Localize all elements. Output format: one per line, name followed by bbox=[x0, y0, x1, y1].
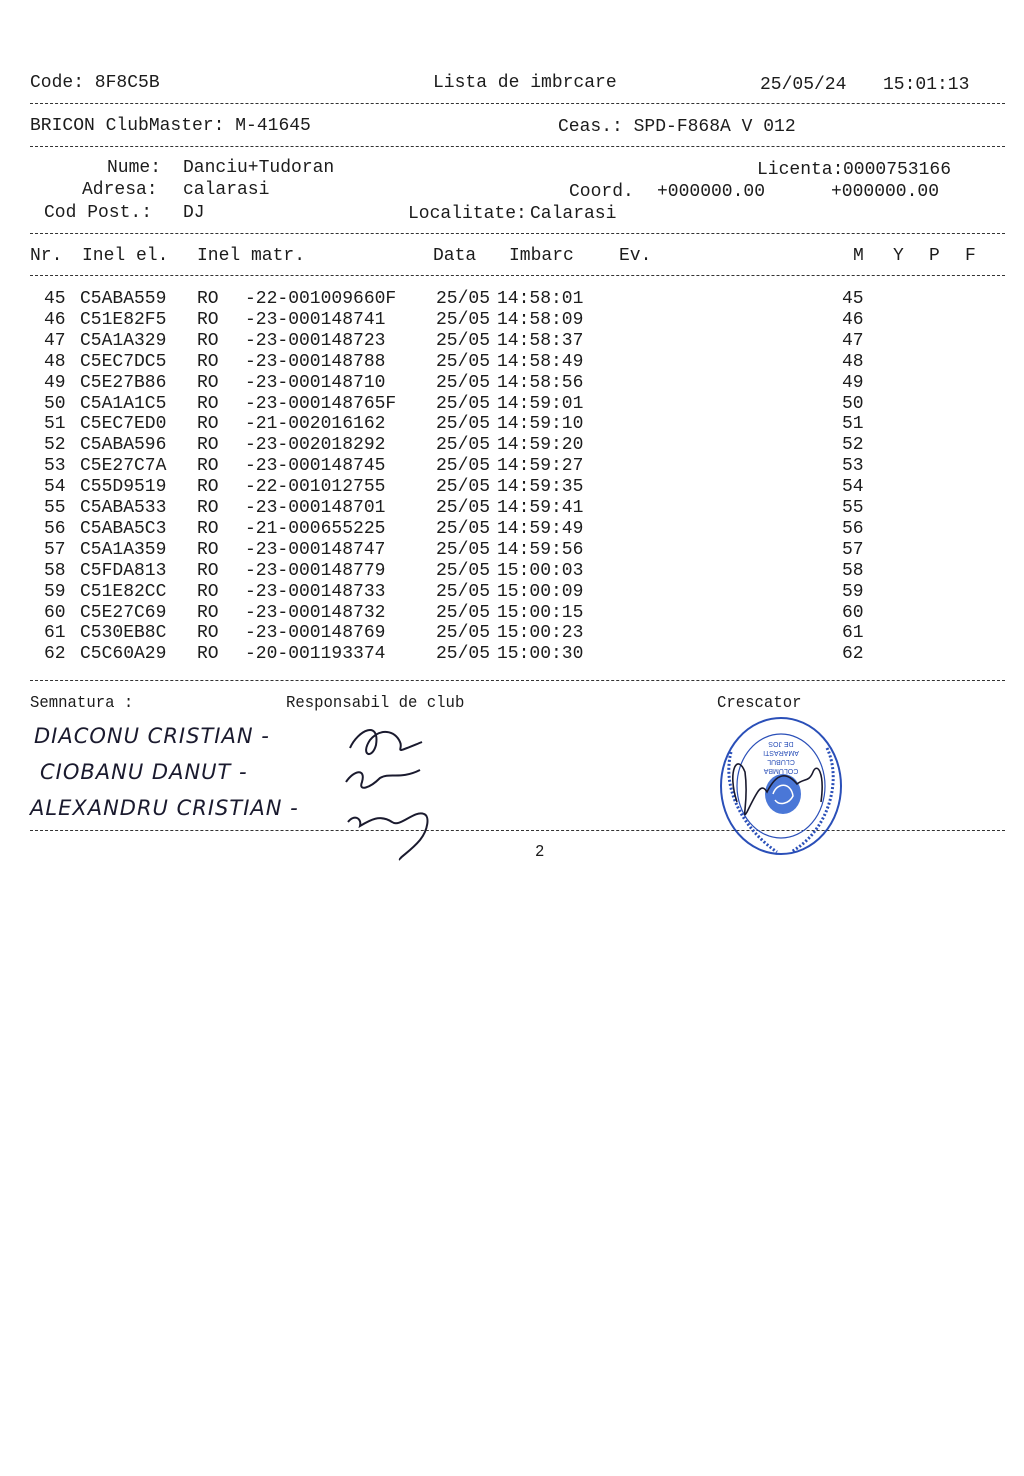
electronic-ring: C5E27B86 bbox=[80, 373, 166, 393]
electronic-ring: C5A1A329 bbox=[80, 331, 166, 351]
row-number: 61 bbox=[44, 623, 66, 643]
board-time: 14:58:37 bbox=[497, 331, 583, 351]
board-time: 14:59:56 bbox=[497, 540, 583, 560]
row-number: 48 bbox=[44, 352, 66, 372]
electronic-ring: C5C60A29 bbox=[80, 644, 166, 664]
svg-text:AMARASTI: AMARASTI bbox=[763, 749, 799, 756]
country-code: RO bbox=[197, 519, 219, 539]
col-y: Y bbox=[893, 246, 904, 266]
board-date: 25/05 bbox=[436, 310, 490, 330]
table-row: 46C51E82F5RO-23-00014874125/0514:58:0946 bbox=[0, 310, 1024, 331]
board-time: 15:00:15 bbox=[497, 603, 583, 623]
ring-number: -23-000148741 bbox=[245, 310, 385, 330]
row-number: 50 bbox=[44, 394, 66, 414]
document-title: Lista de imbrcare bbox=[433, 73, 617, 93]
electronic-ring: C5ABA559 bbox=[80, 289, 166, 309]
ring-number: -23-000148779 bbox=[245, 561, 385, 581]
m-value: 53 bbox=[842, 456, 864, 476]
name-label: Nume: bbox=[107, 158, 161, 178]
breeder-label: Crescator bbox=[717, 694, 801, 714]
ring-number: -23-000148745 bbox=[245, 456, 385, 476]
board-date: 25/05 bbox=[436, 331, 490, 351]
country-code: RO bbox=[197, 331, 219, 351]
m-value: 54 bbox=[842, 477, 864, 497]
col-data: Data bbox=[433, 246, 476, 266]
page-number: 2 bbox=[535, 843, 544, 863]
board-time: 15:00:09 bbox=[497, 582, 583, 602]
col-nr: Nr. bbox=[30, 246, 62, 266]
electronic-ring: C5ABA5C3 bbox=[80, 519, 166, 539]
board-date: 25/05 bbox=[436, 498, 490, 518]
board-date: 25/05 bbox=[436, 414, 490, 434]
col-ev: Ev. bbox=[619, 246, 651, 266]
board-time: 14:58:09 bbox=[497, 310, 583, 330]
table-row: 55C5ABA533RO-23-00014870125/0514:59:4155 bbox=[0, 498, 1024, 519]
row-number: 62 bbox=[44, 644, 66, 664]
table-row: 47C5A1A329RO-23-00014872325/0514:58:3747 bbox=[0, 331, 1024, 352]
col-imbarc: Imbarc bbox=[509, 246, 574, 266]
m-value: 48 bbox=[842, 352, 864, 372]
electronic-ring: C5A1A1C5 bbox=[80, 394, 166, 414]
ring-number: -22-001012755 bbox=[245, 477, 385, 497]
ring-number: -23-000148710 bbox=[245, 373, 385, 393]
board-date: 25/05 bbox=[436, 289, 490, 309]
country-code: RO bbox=[197, 582, 219, 602]
m-value: 56 bbox=[842, 519, 864, 539]
country-code: RO bbox=[197, 561, 219, 581]
electronic-ring: C5E27C69 bbox=[80, 603, 166, 623]
ring-number: -23-002018292 bbox=[245, 435, 385, 455]
electronic-ring: C5EC7ED0 bbox=[80, 414, 166, 434]
ring-number: -23-000148788 bbox=[245, 352, 385, 372]
electronic-ring: C51E82CC bbox=[80, 582, 166, 602]
electronic-ring: C55D9519 bbox=[80, 477, 166, 497]
board-time: 14:59:01 bbox=[497, 394, 583, 414]
country-code: RO bbox=[197, 477, 219, 497]
row-number: 47 bbox=[44, 331, 66, 351]
electronic-ring: C5EC7DC5 bbox=[80, 352, 166, 372]
board-time: 14:59:49 bbox=[497, 519, 583, 539]
country-code: RO bbox=[197, 414, 219, 434]
row-number: 57 bbox=[44, 540, 66, 560]
country-code: RO bbox=[197, 373, 219, 393]
row-number: 51 bbox=[44, 414, 66, 434]
owner-name: Danciu+Tudoran bbox=[183, 158, 334, 178]
svg-text:COLUMBA: COLUMBA bbox=[763, 767, 798, 774]
ring-number: -23-000148732 bbox=[245, 603, 385, 623]
license-value: 0000753166 bbox=[843, 160, 951, 180]
board-time: 14:59:10 bbox=[497, 414, 583, 434]
coord-label: Coord. bbox=[569, 182, 634, 202]
board-date: 25/05 bbox=[436, 582, 490, 602]
country-code: RO bbox=[197, 310, 219, 330]
m-value: 45 bbox=[842, 289, 864, 309]
col-p: P bbox=[929, 246, 940, 266]
board-date: 25/05 bbox=[436, 352, 490, 372]
m-value: 61 bbox=[842, 623, 864, 643]
country-code: RO bbox=[197, 498, 219, 518]
board-date: 25/05 bbox=[436, 519, 490, 539]
table-row: 45C5ABA559RO-22-001009660F25/0514:58:014… bbox=[0, 289, 1024, 310]
handwritten-signatory-3: ALEXANDRU CRISTIAN - bbox=[30, 796, 299, 820]
electronic-ring: C51E82F5 bbox=[80, 310, 166, 330]
board-time: 14:58:01 bbox=[497, 289, 583, 309]
row-number: 46 bbox=[44, 310, 66, 330]
table-row: 52C5ABA596RO-23-00201829225/0514:59:2052 bbox=[0, 435, 1024, 456]
table-row: 48C5EC7DC5RO-23-00014878825/0514:58:4948 bbox=[0, 352, 1024, 373]
row-number: 52 bbox=[44, 435, 66, 455]
table-header: Nr. Inel el. Inel matr. Data Imbarc Ev. … bbox=[0, 246, 1024, 267]
board-time: 14:59:27 bbox=[497, 456, 583, 476]
address-value: calarasi bbox=[183, 180, 269, 200]
divider bbox=[30, 233, 1005, 234]
divider bbox=[30, 103, 1005, 104]
handwritten-signatory-1: DIACONU CRISTIAN - bbox=[34, 724, 270, 748]
code-label: Code: 8F8C5B bbox=[30, 73, 160, 93]
board-date: 25/05 bbox=[436, 456, 490, 476]
country-code: RO bbox=[197, 289, 219, 309]
ring-number: -20-001193374 bbox=[245, 644, 385, 664]
m-value: 62 bbox=[842, 644, 864, 664]
board-time: 14:58:56 bbox=[497, 373, 583, 393]
postcode-value: DJ bbox=[183, 203, 205, 223]
board-date: 25/05 bbox=[436, 394, 490, 414]
board-date: 25/05 bbox=[436, 435, 490, 455]
col-f: F bbox=[965, 246, 976, 266]
table-row: 62C5C60A29RO-20-00119337425/0515:00:3062 bbox=[0, 644, 1024, 665]
table-row: 50C5A1A1C5RO-23-000148765F25/0514:59:015… bbox=[0, 394, 1024, 415]
country-code: RO bbox=[197, 435, 219, 455]
postcode-label: Cod Post.: bbox=[44, 203, 152, 223]
divider bbox=[30, 680, 1005, 681]
table-row: 58C5FDA813RO-23-00014877925/0515:00:0358 bbox=[0, 561, 1024, 582]
table-row: 60C5E27C69RO-23-00014873225/0515:00:1560 bbox=[0, 603, 1024, 624]
m-value: 47 bbox=[842, 331, 864, 351]
board-date: 25/05 bbox=[436, 561, 490, 581]
board-date: 25/05 bbox=[436, 623, 490, 643]
ring-number: -23-000148765F bbox=[245, 394, 396, 414]
row-number: 49 bbox=[44, 373, 66, 393]
ring-number: -23-000148723 bbox=[245, 331, 385, 351]
m-value: 59 bbox=[842, 582, 864, 602]
row-number: 53 bbox=[44, 456, 66, 476]
board-time: 14:59:20 bbox=[497, 435, 583, 455]
license-label: Licenta: bbox=[757, 160, 843, 180]
m-value: 51 bbox=[842, 414, 864, 434]
coord-x: +000000.00 bbox=[657, 182, 765, 202]
m-value: 46 bbox=[842, 310, 864, 330]
ring-number: -23-000148769 bbox=[245, 623, 385, 643]
board-time: 15:00:23 bbox=[497, 623, 583, 643]
handwritten-signatory-2: CIOBANU DANUT - bbox=[40, 760, 248, 784]
m-value: 50 bbox=[842, 394, 864, 414]
row-number: 54 bbox=[44, 477, 66, 497]
ring-number: -21-000655225 bbox=[245, 519, 385, 539]
electronic-ring: C5ABA533 bbox=[80, 498, 166, 518]
board-time: 15:00:03 bbox=[497, 561, 583, 581]
signature-label: Semnatura : bbox=[30, 694, 133, 714]
electronic-ring: C5FDA813 bbox=[80, 561, 166, 581]
svg-text:DE JOS: DE JOS bbox=[768, 740, 794, 747]
board-time: 14:58:49 bbox=[497, 352, 583, 372]
country-code: RO bbox=[197, 456, 219, 476]
divider bbox=[30, 275, 1005, 276]
electronic-ring: C5E27C7A bbox=[80, 456, 166, 476]
board-date: 25/05 bbox=[436, 477, 490, 497]
ring-number: -21-002016162 bbox=[245, 414, 385, 434]
ring-number: -22-001009660F bbox=[245, 289, 396, 309]
table-row: 49C5E27B86RO-23-00014871025/0514:58:5649 bbox=[0, 373, 1024, 394]
signature-scribble-icon bbox=[340, 710, 480, 870]
country-code: RO bbox=[197, 644, 219, 664]
country-code: RO bbox=[197, 352, 219, 372]
divider bbox=[30, 830, 1005, 831]
coord-y: +000000.00 bbox=[831, 182, 939, 202]
electronic-ring: C530EB8C bbox=[80, 623, 166, 643]
col-inel-matr: Inel matr. bbox=[197, 246, 305, 266]
m-value: 60 bbox=[842, 603, 864, 623]
print-date: 25/05/24 bbox=[760, 75, 846, 95]
electronic-ring: C5ABA596 bbox=[80, 435, 166, 455]
m-value: 58 bbox=[842, 561, 864, 581]
country-code: RO bbox=[197, 623, 219, 643]
locality-value: Calarasi bbox=[530, 204, 616, 224]
ring-number: -23-000148733 bbox=[245, 582, 385, 602]
m-value: 55 bbox=[842, 498, 864, 518]
country-code: RO bbox=[197, 603, 219, 623]
table-row: 51C5EC7ED0RO-21-00201616225/0514:59:1051 bbox=[0, 414, 1024, 435]
row-number: 59 bbox=[44, 582, 66, 602]
board-time: 15:00:30 bbox=[497, 644, 583, 664]
col-inel-el: Inel el. bbox=[82, 246, 168, 266]
row-number: 55 bbox=[44, 498, 66, 518]
club-stamp-icon: DE JOS AMARASTI CLUBUL COLUMBA bbox=[717, 712, 845, 857]
row-number: 60 bbox=[44, 603, 66, 623]
m-value: 57 bbox=[842, 540, 864, 560]
board-date: 25/05 bbox=[436, 644, 490, 664]
m-value: 52 bbox=[842, 435, 864, 455]
table-row: 61C530EB8CRO-23-00014876925/0515:00:2361 bbox=[0, 623, 1024, 644]
table-row: 53C5E27C7ARO-23-00014874525/0514:59:2753 bbox=[0, 456, 1024, 477]
row-number: 58 bbox=[44, 561, 66, 581]
table-row: 56C5ABA5C3RO-21-00065522525/0514:59:4956 bbox=[0, 519, 1024, 540]
system-label: BRICON ClubMaster: M-41645 bbox=[30, 116, 311, 136]
row-number: 45 bbox=[44, 289, 66, 309]
country-code: RO bbox=[197, 394, 219, 414]
board-date: 25/05 bbox=[436, 603, 490, 623]
board-time: 14:59:35 bbox=[497, 477, 583, 497]
country-code: RO bbox=[197, 540, 219, 560]
electronic-ring: C5A1A359 bbox=[80, 540, 166, 560]
print-time: 15:01:13 bbox=[883, 75, 969, 95]
table-row: 59C51E82CCRO-23-00014873325/0515:00:0959 bbox=[0, 582, 1024, 603]
board-date: 25/05 bbox=[436, 373, 490, 393]
board-date: 25/05 bbox=[436, 540, 490, 560]
address-label: Adresa: bbox=[82, 180, 158, 200]
board-time: 14:59:41 bbox=[497, 498, 583, 518]
table-row: 57C5A1A359RO-23-00014874725/0514:59:5657 bbox=[0, 540, 1024, 561]
ring-number: -23-000148701 bbox=[245, 498, 385, 518]
row-number: 56 bbox=[44, 519, 66, 539]
table-row: 54C55D9519RO-22-00101275525/0514:59:3554 bbox=[0, 477, 1024, 498]
locality-label: Localitate: bbox=[408, 204, 527, 224]
ring-number: -23-000148747 bbox=[245, 540, 385, 560]
svg-text:CLUBUL: CLUBUL bbox=[767, 758, 795, 765]
divider bbox=[30, 146, 1005, 147]
clock-label: Ceas.: SPD-F868A V 012 bbox=[558, 117, 796, 137]
col-m: M bbox=[853, 246, 864, 266]
m-value: 49 bbox=[842, 373, 864, 393]
